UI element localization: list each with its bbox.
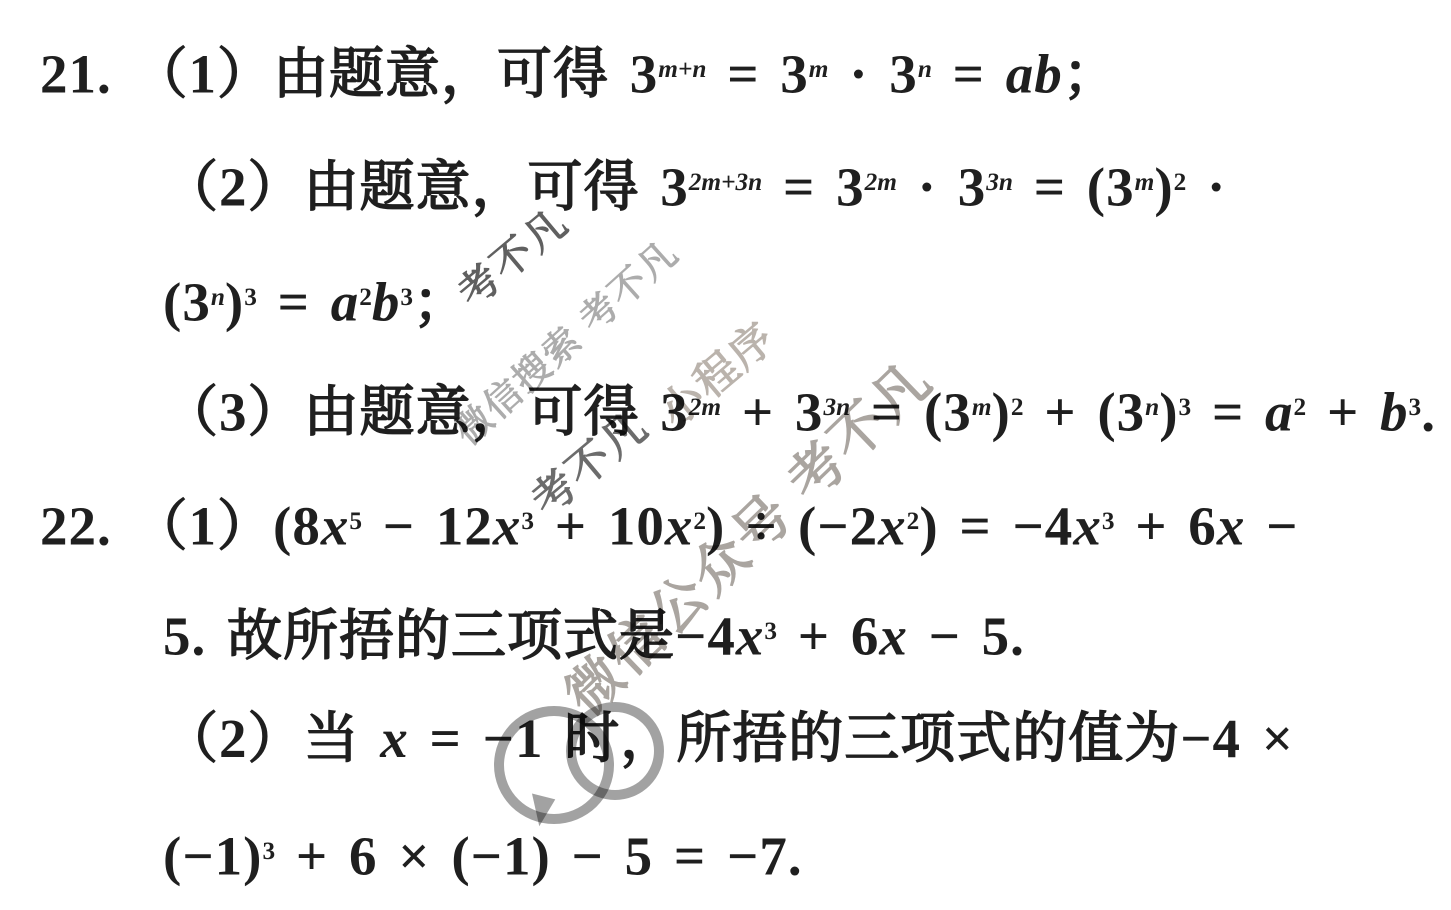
text-run: + 3 bbox=[721, 382, 823, 443]
superscript: 5 bbox=[349, 507, 362, 535]
solution-line: (−1)3 + 6 × (−1) − 5 = −7. bbox=[163, 812, 803, 896]
text-run: ) = −4 bbox=[919, 496, 1073, 557]
text-run: = (3 bbox=[1013, 157, 1135, 218]
superscript: m bbox=[1135, 168, 1155, 196]
solution-line: 5. 故所捂的三项式是−4x3 + 6x − 5. bbox=[163, 592, 1025, 676]
superscript: n bbox=[918, 55, 932, 83]
superscript: m+n bbox=[658, 55, 706, 83]
superscript: m bbox=[809, 55, 829, 83]
text-run: = 3 bbox=[706, 44, 808, 105]
text-run: ) bbox=[1154, 157, 1173, 218]
superscript: n bbox=[211, 283, 225, 311]
superscript: 3n bbox=[823, 393, 850, 421]
superscript: 2 bbox=[1011, 393, 1024, 421]
text-run: x bbox=[1217, 496, 1246, 557]
text-run: x bbox=[878, 496, 907, 557]
logo-ring-icon bbox=[566, 702, 664, 800]
text-run: = bbox=[257, 272, 331, 333]
solution-line: 21. （1）由题意，可得 3m+n = 3m · 3n = ab； bbox=[40, 30, 1119, 114]
superscript: 3 bbox=[1409, 393, 1422, 421]
superscript: 2m bbox=[689, 393, 721, 421]
text-run: (3 bbox=[163, 272, 211, 333]
superscript: 3n bbox=[986, 168, 1013, 196]
superscript: 3 bbox=[262, 837, 275, 865]
superscript: 2m bbox=[865, 168, 897, 196]
superscript: 2 bbox=[1174, 168, 1187, 196]
text-run: + 10 bbox=[534, 496, 665, 557]
superscript: 3 bbox=[400, 283, 413, 311]
text-run: b bbox=[1380, 382, 1409, 443]
superscript: 2m+3n bbox=[689, 168, 762, 196]
text-run: ab bbox=[1006, 44, 1063, 105]
text-run: ； bbox=[413, 272, 469, 333]
superscript: 3 bbox=[521, 507, 534, 535]
text-run: = bbox=[1191, 382, 1265, 443]
text-run: · bbox=[1186, 157, 1226, 218]
text-run: a bbox=[331, 272, 360, 333]
text-run: b bbox=[372, 272, 401, 333]
superscript: 3 bbox=[1102, 507, 1115, 535]
text-run: x bbox=[493, 496, 522, 557]
text-run: · 3 bbox=[897, 157, 986, 218]
text-run: = (3 bbox=[850, 382, 972, 443]
text-run: ) ÷ (−2 bbox=[706, 496, 878, 557]
text-run: + bbox=[1306, 382, 1380, 443]
text-run: + (3 bbox=[1023, 382, 1145, 443]
text-run: = bbox=[932, 44, 1006, 105]
superscript: 2 bbox=[693, 507, 706, 535]
superscript: n bbox=[1145, 393, 1159, 421]
text-run: ) bbox=[1159, 382, 1178, 443]
superscript: m bbox=[972, 393, 992, 421]
text-run: − 12 bbox=[362, 496, 493, 557]
text-run: a bbox=[1265, 382, 1294, 443]
text-run: 21. （1）由题意，可得 3 bbox=[40, 44, 658, 105]
superscript: 2 bbox=[1294, 393, 1307, 421]
solution-line: （2）当 x = −1 时，所捂的三项式的值为−4 × bbox=[163, 700, 1294, 778]
solution-line: （3）由题意，可得 32m + 33n = (3m)2 + (3n)3 = a2… bbox=[163, 368, 1436, 452]
text-run: x bbox=[879, 606, 908, 667]
superscript: 2 bbox=[359, 283, 372, 311]
superscript: 3 bbox=[244, 283, 257, 311]
text-run: x bbox=[665, 496, 694, 557]
text-run: x bbox=[380, 708, 409, 769]
text-run: ) bbox=[225, 272, 244, 333]
text-run: 5. 故所捂的三项式是−4 bbox=[163, 606, 736, 667]
text-run: − bbox=[1245, 496, 1298, 557]
solution-line: (3n)3 = a2b3； bbox=[163, 258, 469, 342]
text-run: （3）由题意，可得 3 bbox=[163, 382, 689, 443]
text-run: x bbox=[1073, 496, 1102, 557]
text-run: + 6 bbox=[1114, 496, 1216, 557]
text-run: · 3 bbox=[828, 44, 917, 105]
text-run: . bbox=[1421, 382, 1436, 443]
text-run: ) bbox=[992, 382, 1011, 443]
text-run: （2）当 bbox=[163, 708, 380, 769]
superscript: 2 bbox=[907, 507, 920, 535]
text-run: = 3 bbox=[762, 157, 864, 218]
scanned-answer-sheet: { "document": { "kind": "scanned math an… bbox=[0, 0, 1451, 910]
page-background: 21. （1）由题意，可得 3m+n = 3m · 3n = ab；（2）由题意… bbox=[0, 0, 1451, 910]
solution-line: 22. （1）(8x5 − 12x3 + 10x2) ÷ (−2x2) = −4… bbox=[40, 482, 1298, 566]
superscript: 3 bbox=[1179, 393, 1192, 421]
text-run: + 6 × (−1) − 5 = −7. bbox=[275, 826, 802, 887]
solution-line: （2）由题意，可得 32m+3n = 32m · 33n = (3m)2 · bbox=[163, 143, 1226, 227]
text-run: (−1) bbox=[163, 826, 262, 887]
text-run: − 5. bbox=[908, 606, 1025, 667]
text-run: x bbox=[736, 606, 765, 667]
text-run: （2）由题意，可得 3 bbox=[163, 157, 689, 218]
text-run: + 6 bbox=[777, 606, 879, 667]
text-run: 22. （1）(8 bbox=[40, 496, 321, 557]
text-run: x bbox=[321, 496, 350, 557]
text-run: ； bbox=[1063, 44, 1119, 105]
superscript: 3 bbox=[764, 617, 777, 645]
